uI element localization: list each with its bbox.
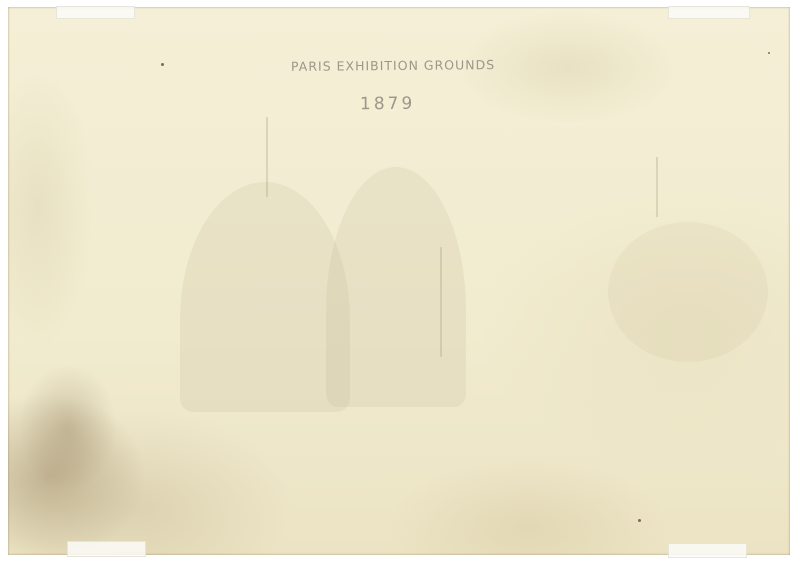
- stain-speck: [161, 63, 164, 66]
- ghost-dome-right: [326, 167, 466, 407]
- tape-strip-bottom-left: [67, 541, 146, 557]
- ghost-pole-right: [656, 157, 658, 217]
- tape-strip-bottom-right: [668, 543, 747, 558]
- tape-strip-top-left: [56, 6, 135, 19]
- photo-back-card: PARIS EXHIBITION GROUNDS 1879: [8, 7, 790, 555]
- ghost-flagpole: [266, 117, 268, 197]
- stain-speck: [638, 519, 641, 522]
- pencil-inscription-title: PARIS EXHIBITION GROUNDS: [291, 57, 495, 74]
- ghost-lamppost: [440, 247, 442, 357]
- tape-strip-top-right: [668, 6, 750, 19]
- ghost-tree: [608, 222, 768, 362]
- ghost-dome-left: [180, 182, 350, 412]
- pencil-inscription-year: 1879: [360, 94, 415, 114]
- stain-speck: [768, 52, 770, 54]
